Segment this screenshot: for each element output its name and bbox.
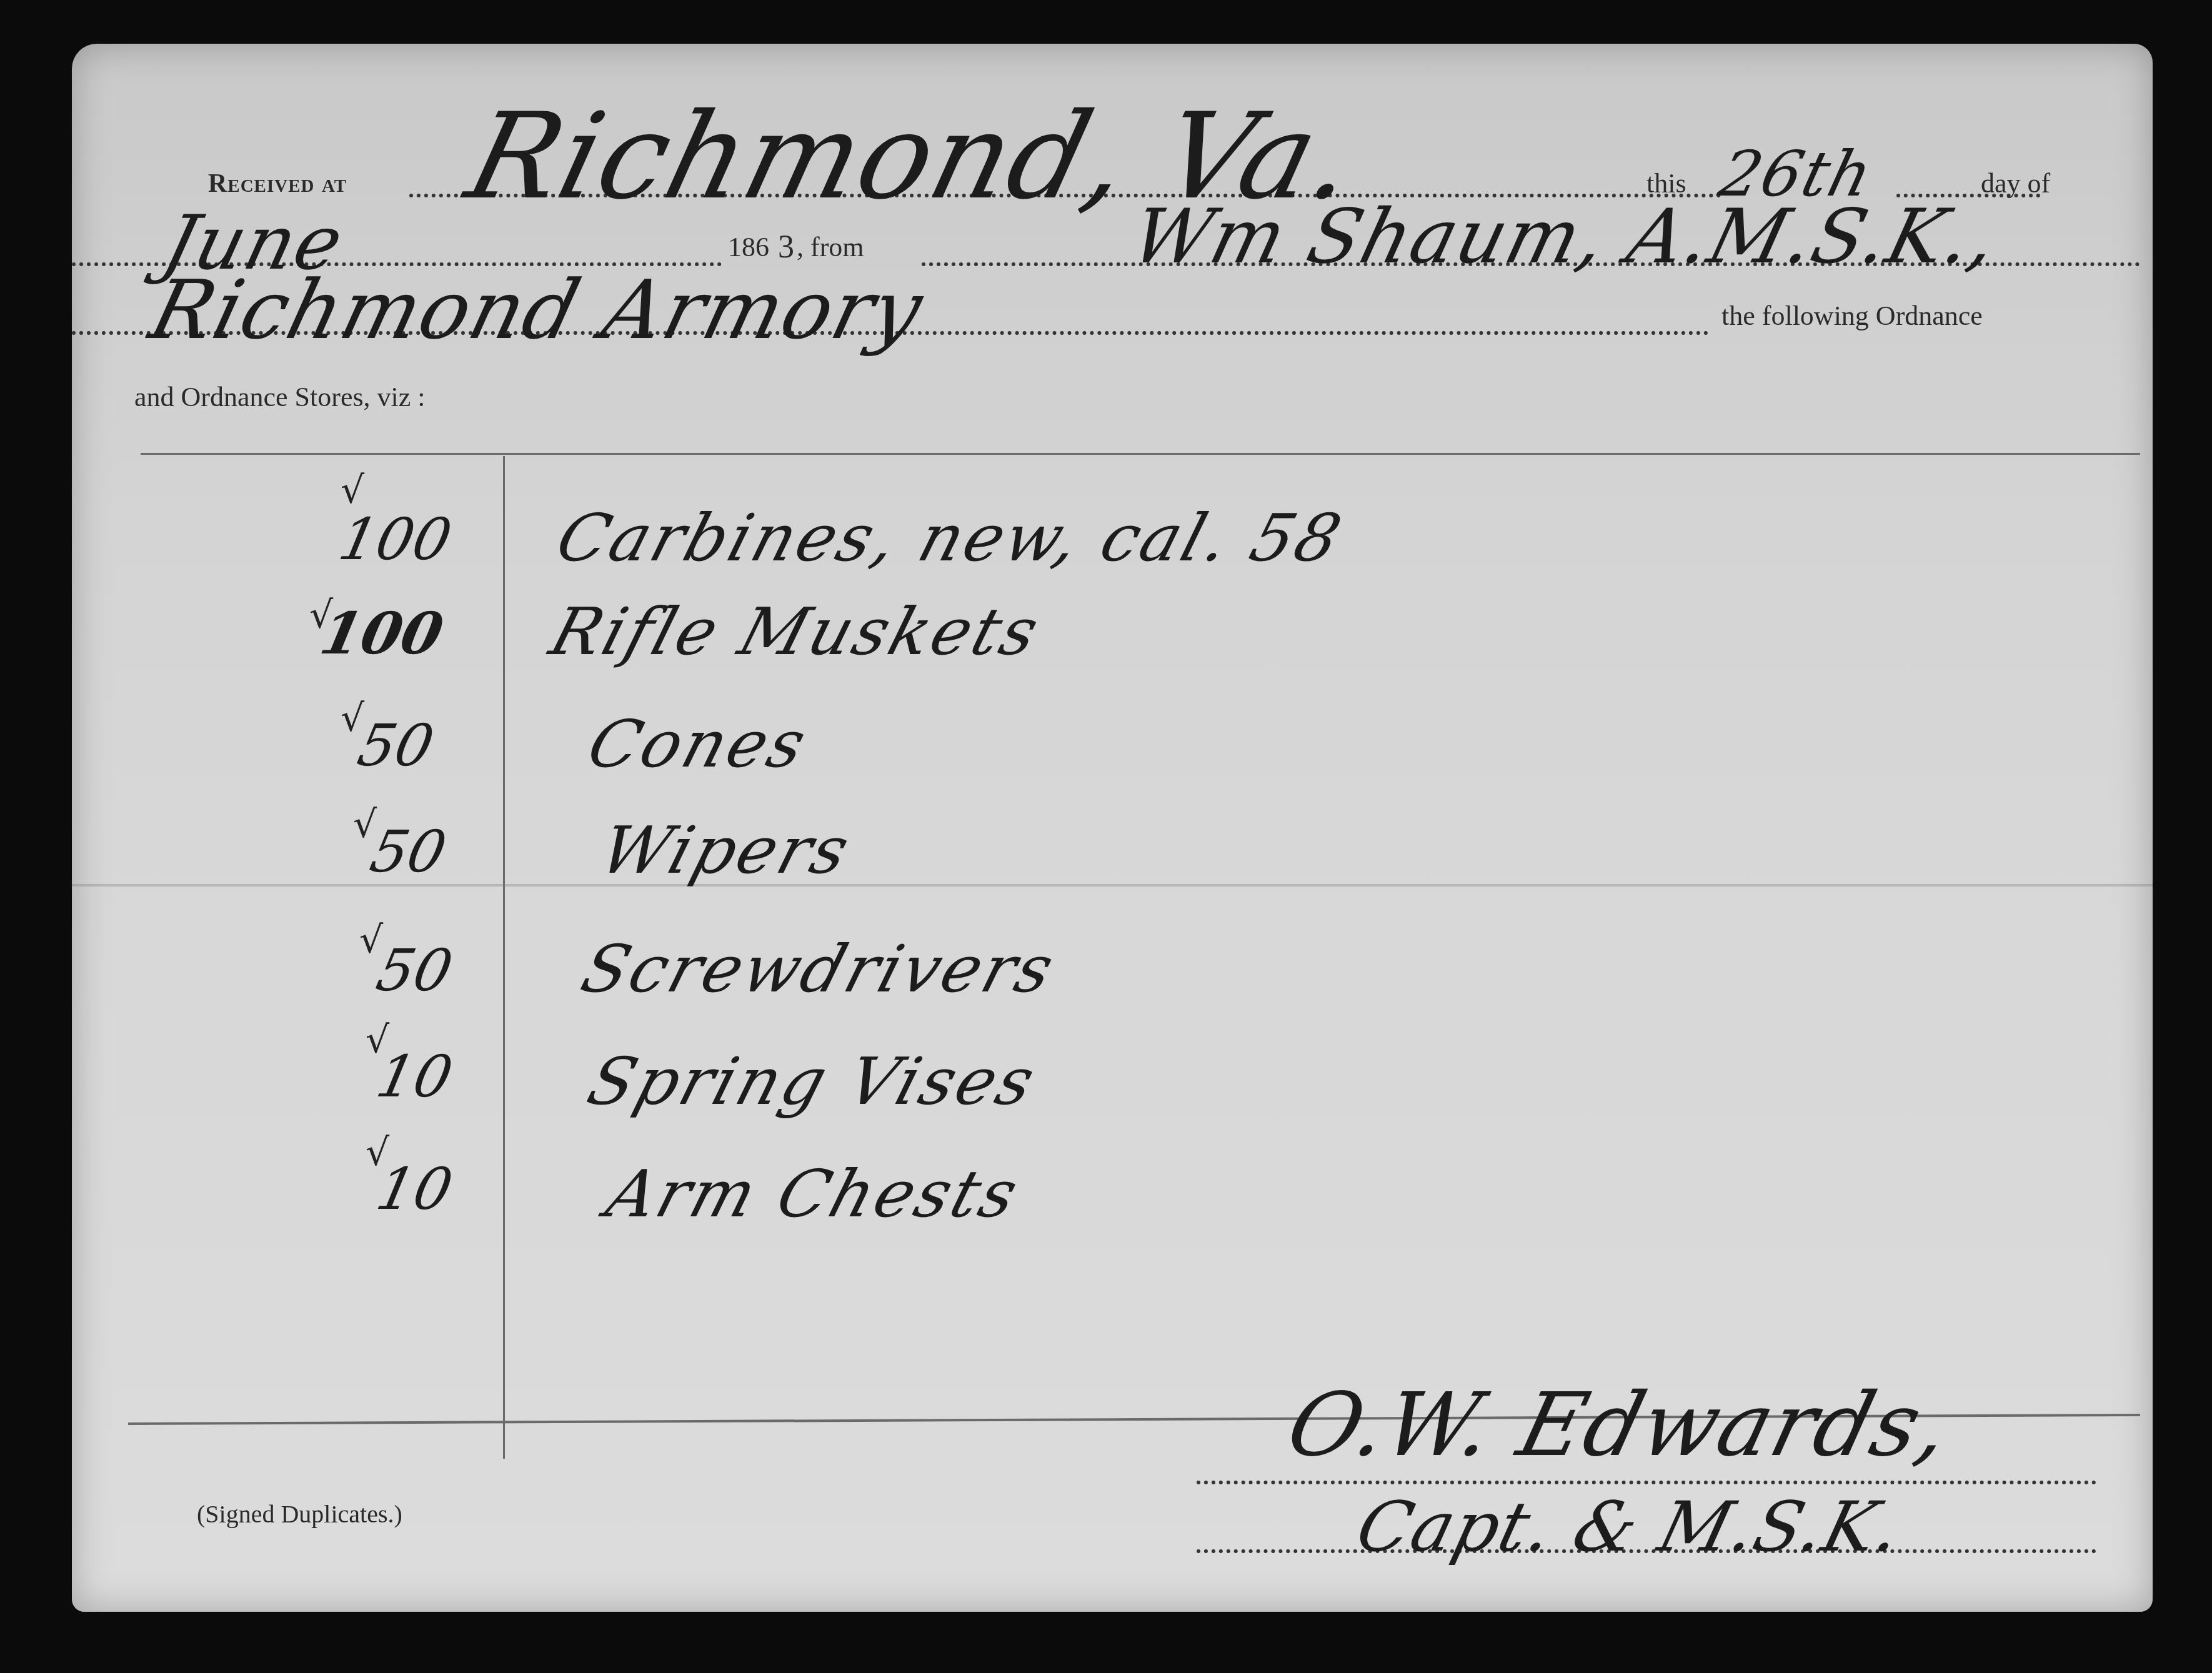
signature-title: Capt. & M.S.K. <box>1349 1487 1910 1567</box>
from-location: Richmond Armory <box>141 262 933 357</box>
year-suffix: 3 <box>778 229 794 266</box>
check-mark-icon: √ <box>341 697 364 740</box>
ordnance-receipt-form: Received at Richmond, Va. this 26th day … <box>72 44 2153 1612</box>
from-label: , from <box>797 231 864 263</box>
item-description: Rifle Muskets <box>542 593 1049 670</box>
check-mark-icon: √ <box>359 918 383 962</box>
table-top-rule <box>141 453 2140 455</box>
item-quantity: 10 <box>371 1043 459 1110</box>
item-quantity: 50 <box>371 937 459 1004</box>
signature-line <box>1197 1481 2096 1484</box>
item-quantity: 100 <box>334 506 457 573</box>
item-description: Spring Vises <box>580 1043 1045 1119</box>
item-description: Carbines, new, cal. 58 <box>549 500 1352 576</box>
following-ordnance-label: the following Ordnance <box>1721 300 1983 332</box>
signature-name: O.W. Edwards, <box>1278 1374 1961 1476</box>
ordnance-stores-label: and Ordnance Stores, viz : <box>134 381 426 413</box>
item-description: Wipers <box>592 812 860 888</box>
item-quantity: 10 <box>371 1156 459 1223</box>
item-quantity: 50 <box>365 818 452 885</box>
column-divider <box>503 456 505 1459</box>
item-description: Arm Chests <box>599 1156 1029 1232</box>
item-description: Cones <box>580 706 817 782</box>
signed-duplicates-label: (Signed Duplicates.) <box>197 1499 402 1529</box>
item-quantity: 100 <box>315 600 449 667</box>
year-prefix: 186 <box>728 231 769 263</box>
check-mark-icon: √ <box>353 803 377 846</box>
item-description: Screwdrivers <box>574 931 1065 1007</box>
item-quantity: 50 <box>352 712 440 779</box>
received-at-label: Received at <box>208 169 347 199</box>
from-value: Wm Shaum, A.M.S.K., <box>1123 194 2007 280</box>
